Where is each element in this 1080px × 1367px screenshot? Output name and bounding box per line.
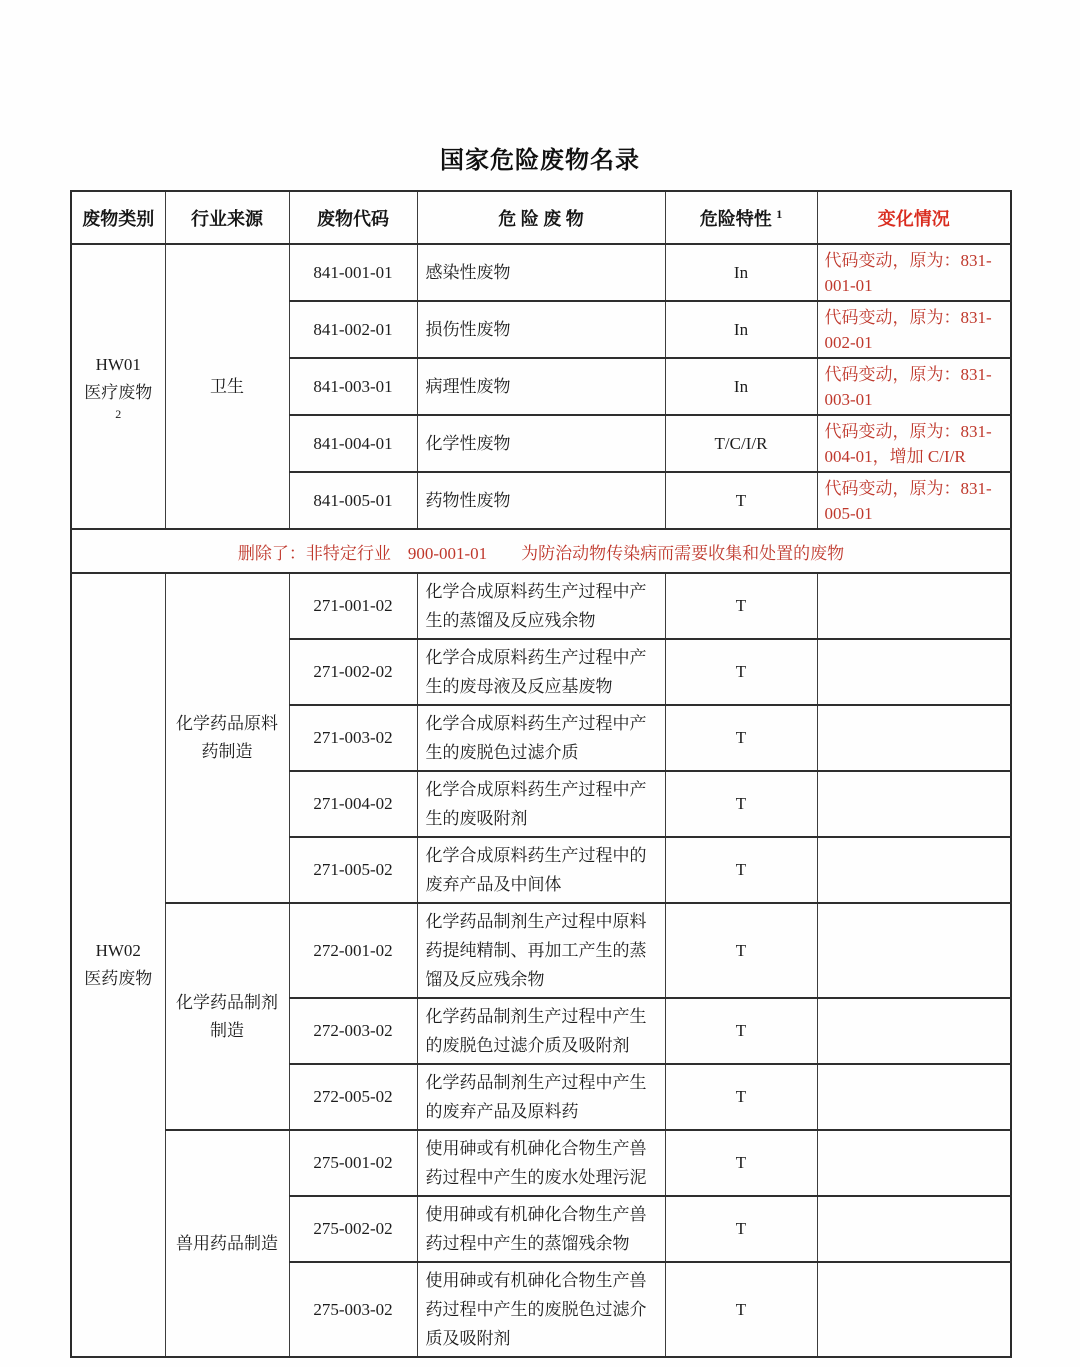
waste-name-cell: 化学性废物 — [417, 415, 665, 472]
waste-code-cell: 272-005-02 — [289, 1064, 417, 1130]
change-status-cell — [817, 573, 1011, 639]
waste-name-cell: 化学药品制剂生产过程中原料药提纯精制、再加工产生的蒸馏及反应残余物 — [417, 903, 665, 998]
waste-name-cell: 使用砷或有机砷化合物生产兽药过程中产生的废水处理污泥 — [417, 1130, 665, 1196]
waste-code-cell: 272-003-02 — [289, 998, 417, 1064]
hazard-property-cell: T — [665, 472, 817, 529]
waste-code-cell: 271-005-02 — [289, 837, 417, 903]
column-header: 变化情况 — [817, 191, 1011, 244]
hazard-property-cell: In — [665, 358, 817, 415]
hazard-property-cell: T — [665, 1196, 817, 1262]
column-header: 废物代码 — [289, 191, 417, 244]
change-status-cell: 代码变动，原为：831-003-01 — [817, 358, 1011, 415]
table-row: 化学药品制剂制造272-001-02化学药品制剂生产过程中原料药提纯精制、再加工… — [71, 903, 1011, 998]
hazard-property-cell: T — [665, 705, 817, 771]
column-header: 废物类别 — [71, 191, 165, 244]
hazard-property-cell: T/C/I/R — [665, 415, 817, 472]
change-status-cell — [817, 1130, 1011, 1196]
hazard-property-cell: In — [665, 244, 817, 301]
waste-name-cell: 感染性废物 — [417, 244, 665, 301]
hazard-property-cell: T — [665, 903, 817, 998]
waste-code-cell: 275-002-02 — [289, 1196, 417, 1262]
category-cell: HW01医疗废物2 — [71, 244, 165, 529]
waste-code-cell: 841-005-01 — [289, 472, 417, 529]
category-cell: HW02医药废物 — [71, 573, 165, 1357]
hazard-property-cell: T — [665, 1130, 817, 1196]
change-status-cell — [817, 998, 1011, 1064]
industry-cell: 化学药品原料药制造 — [165, 573, 289, 903]
hazard-property-cell: T — [665, 573, 817, 639]
waste-code-cell: 275-001-02 — [289, 1130, 417, 1196]
hazard-property-cell: T — [665, 1262, 817, 1357]
waste-code-cell: 841-003-01 — [289, 358, 417, 415]
industry-cell: 化学药品制剂制造 — [165, 903, 289, 1130]
change-status-cell — [817, 903, 1011, 998]
change-status-cell — [817, 705, 1011, 771]
change-status-cell — [817, 1064, 1011, 1130]
waste-name-cell: 化学合成原料药生产过程中产生的蒸馏及反应残余物 — [417, 573, 665, 639]
waste-code-cell: 275-003-02 — [289, 1262, 417, 1357]
change-status-cell — [817, 1196, 1011, 1262]
waste-code-cell: 841-002-01 — [289, 301, 417, 358]
table-body: HW01医疗废物2卫生841-001-01感染性废物In代码变动，原为：831-… — [71, 244, 1011, 1357]
deleted-note: 删除了：非特定行业 900-001-01 为防治动物传染病而需要收集和处置的废物 — [71, 529, 1011, 573]
waste-code-cell: 272-001-02 — [289, 903, 417, 998]
waste-name-cell: 化学合成原料药生产过程中的废弃产品及中间体 — [417, 837, 665, 903]
change-status-cell — [817, 639, 1011, 705]
industry-cell: 卫生 — [165, 244, 289, 529]
hazard-property-cell: T — [665, 837, 817, 903]
hazard-property-cell: T — [665, 639, 817, 705]
waste-code-cell: 841-001-01 — [289, 244, 417, 301]
change-status-cell: 代码变动，原为：831-001-01 — [817, 244, 1011, 301]
waste-code-cell: 841-004-01 — [289, 415, 417, 472]
waste-code-cell: 271-004-02 — [289, 771, 417, 837]
column-header: 危险特性 1 — [665, 191, 817, 244]
waste-name-cell: 化学合成原料药生产过程中产生的废脱色过滤介质 — [417, 705, 665, 771]
waste-name-cell: 使用砷或有机砷化合物生产兽药过程中产生的蒸馏残余物 — [417, 1196, 665, 1262]
deleted-note-row: 删除了：非特定行业 900-001-01 为防治动物传染病而需要收集和处置的废物 — [71, 529, 1011, 573]
table-row: 兽用药品制造275-001-02使用砷或有机砷化合物生产兽药过程中产生的废水处理… — [71, 1130, 1011, 1196]
waste-name-cell: 化学合成原料药生产过程中产生的废母液及反应基废物 — [417, 639, 665, 705]
waste-code-cell: 271-001-02 — [289, 573, 417, 639]
waste-name-cell: 化学合成原料药生产过程中产生的废吸附剂 — [417, 771, 665, 837]
industry-cell: 兽用药品制造 — [165, 1130, 289, 1357]
column-header: 危 险 废 物 — [417, 191, 665, 244]
waste-name-cell: 化学药品制剂生产过程中产生的废脱色过滤介质及吸附剂 — [417, 998, 665, 1064]
waste-name-cell: 使用砷或有机砷化合物生产兽药过程中产生的废脱色过滤介质及吸附剂 — [417, 1262, 665, 1357]
change-status-cell — [817, 771, 1011, 837]
document-page: 国家危险废物名录 废物类别行业来源废物代码危 险 废 物危险特性 1变化情况 H… — [0, 0, 1080, 1367]
column-header: 行业来源 — [165, 191, 289, 244]
header-row: 废物类别行业来源废物代码危 险 废 物危险特性 1变化情况 — [71, 191, 1011, 244]
change-status-cell: 代码变动，原为：831-004-01，增加 C/I/R — [817, 415, 1011, 472]
header-footnote-marker: 1 — [776, 207, 782, 221]
page-title: 国家危险废物名录 — [0, 0, 1080, 175]
table-row: HW02医药废物化学药品原料药制造271-001-02化学合成原料药生产过程中产… — [71, 573, 1011, 639]
change-status-cell: 代码变动，原为：831-005-01 — [817, 472, 1011, 529]
change-status-cell: 代码变动，原为：831-002-01 — [817, 301, 1011, 358]
table-row: HW01医疗废物2卫生841-001-01感染性废物In代码变动，原为：831-… — [71, 244, 1011, 301]
category-footnote-marker: 2 — [76, 407, 161, 422]
waste-name-cell: 损伤性废物 — [417, 301, 665, 358]
waste-name-cell: 病理性废物 — [417, 358, 665, 415]
waste-name-cell: 药物性废物 — [417, 472, 665, 529]
waste-name-cell: 化学药品制剂生产过程中产生的废弃产品及原料药 — [417, 1064, 665, 1130]
change-status-cell — [817, 1262, 1011, 1357]
change-status-cell — [817, 837, 1011, 903]
hazard-property-cell: T — [665, 998, 817, 1064]
waste-code-cell: 271-003-02 — [289, 705, 417, 771]
waste-code-cell: 271-002-02 — [289, 639, 417, 705]
hazard-property-cell: In — [665, 301, 817, 358]
hazardous-waste-table: 废物类别行业来源废物代码危 险 废 物危险特性 1变化情况 HW01医疗废物2卫… — [70, 190, 1012, 1358]
hazard-property-cell: T — [665, 1064, 817, 1130]
hazard-property-cell: T — [665, 771, 817, 837]
